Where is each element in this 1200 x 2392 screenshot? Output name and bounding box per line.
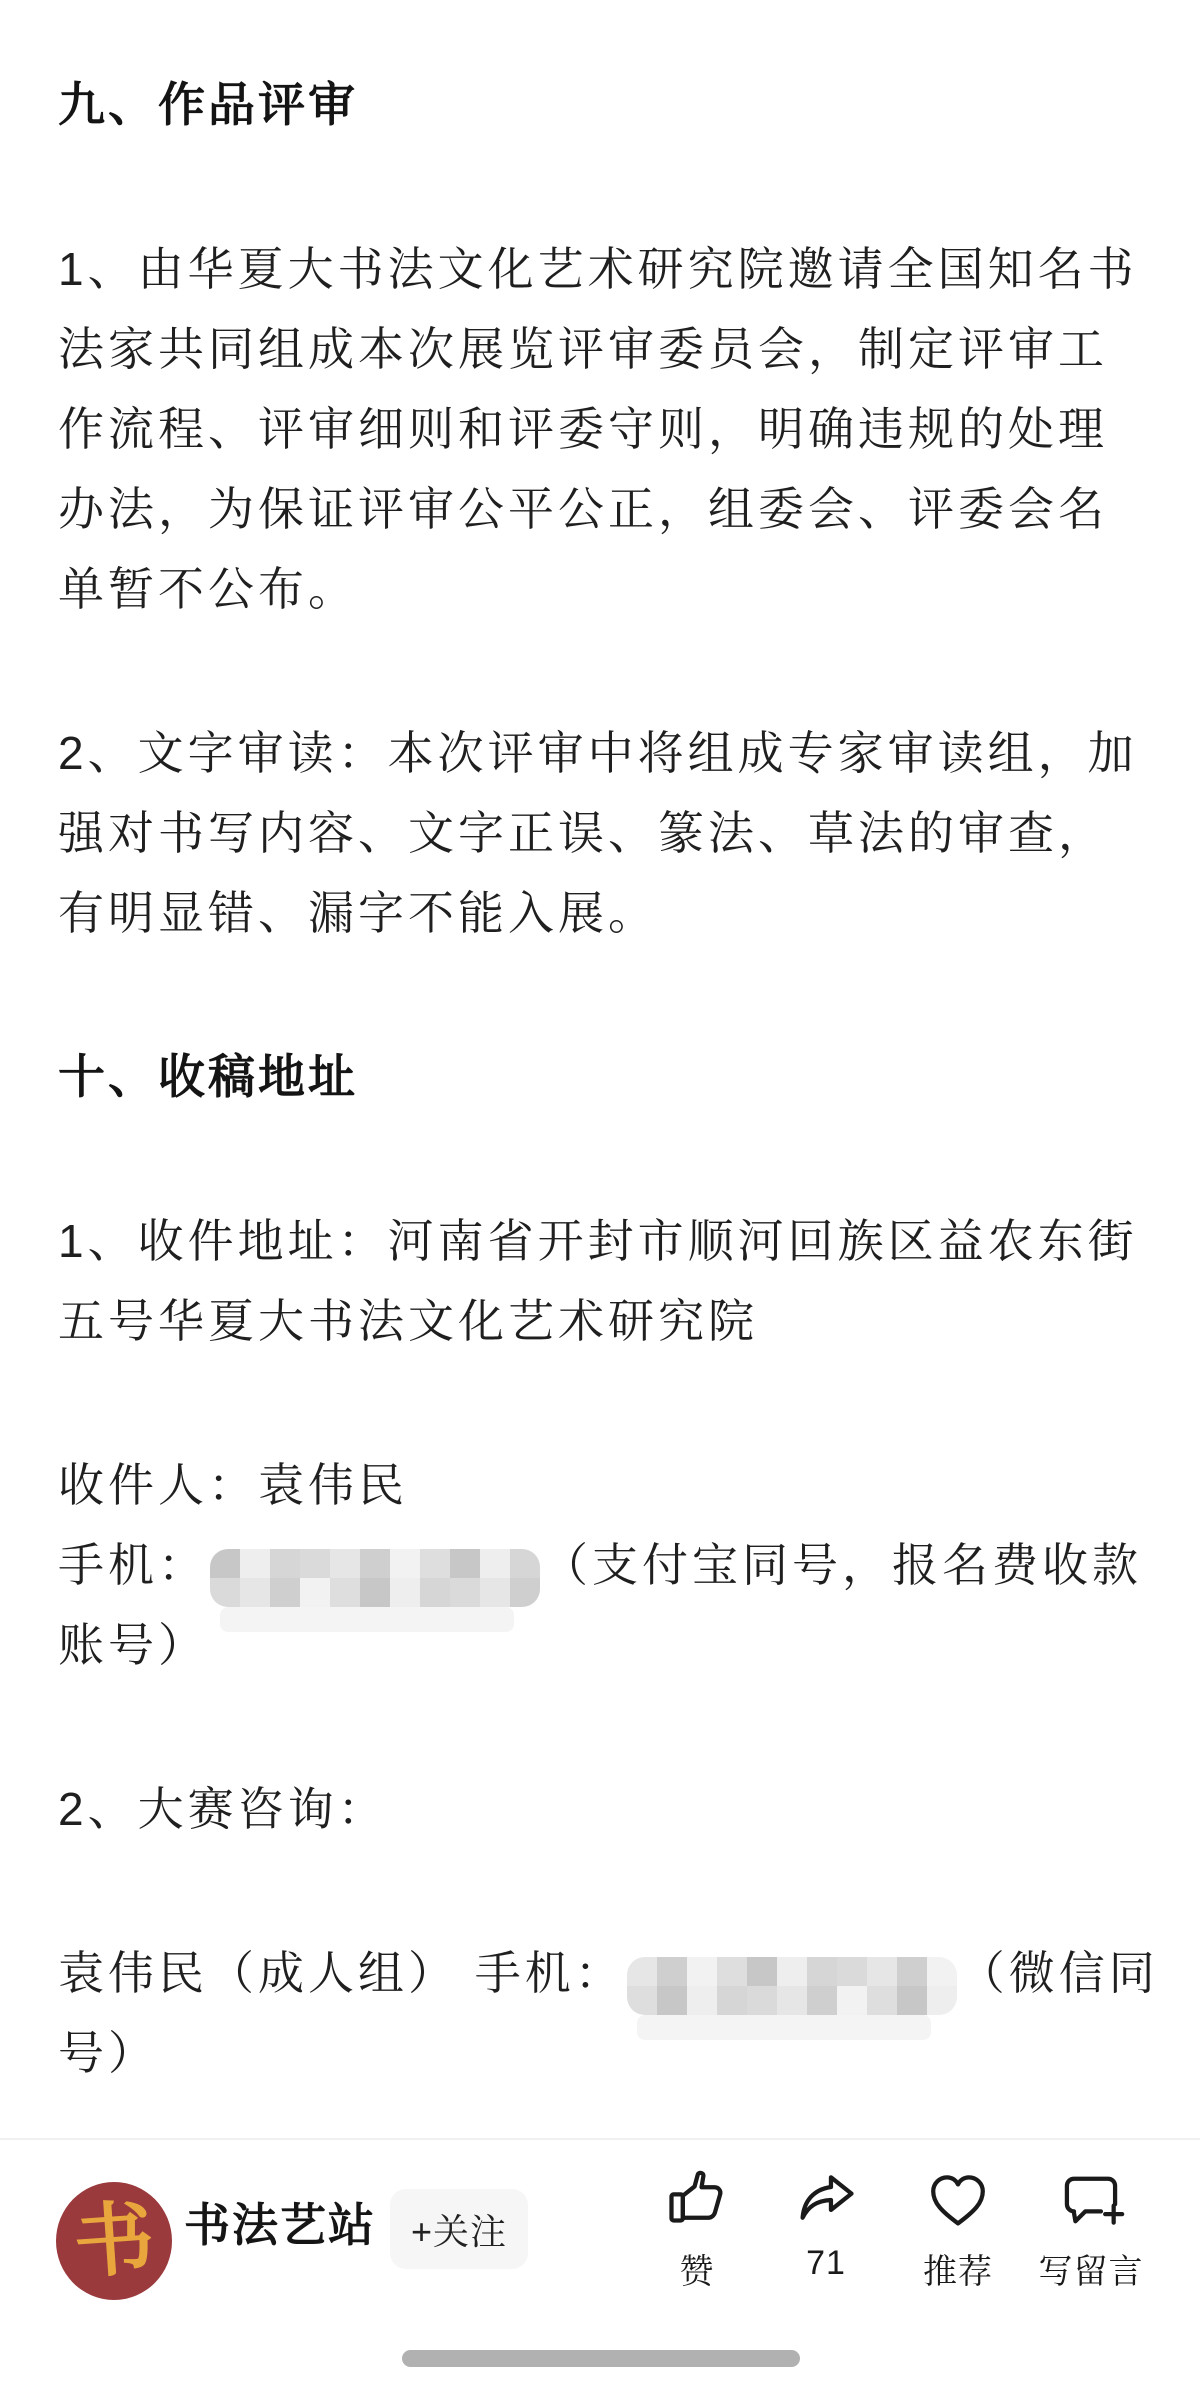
home-indicator: [402, 2350, 800, 2367]
text-line: 强对书写内容、文字正误、篆法、草法的审查，: [58, 793, 1200, 873]
text-line: 收件人：袁伟民: [58, 1445, 1200, 1525]
account-avatar[interactable]: 书: [56, 2182, 172, 2300]
footer-bar: 书 书法艺站 +关注 赞 71 推荐: [0, 2138, 1200, 2392]
text-line: 五号华夏大书法文化艺术研究院: [58, 1281, 1200, 1361]
text-line: 法家共同组成本次展览评审委员会，制定评审工: [58, 309, 1200, 389]
share-button[interactable]: 71: [760, 2166, 892, 2283]
comment-button[interactable]: 写留言: [1025, 2166, 1157, 2293]
text-line: 号）: [58, 2013, 1200, 2093]
paragraph: 收件人：袁伟民手机：（支付宝同号，报名费收款账号）: [58, 1445, 1200, 1685]
text-line: 手机：（支付宝同号，报名费收款: [58, 1525, 1200, 1605]
recommend-label: 推荐: [923, 2244, 993, 2293]
text-line: 办法，为保证评审公平公正，组委会、评委会名: [58, 469, 1200, 549]
thumbs-up-icon: [663, 2166, 731, 2234]
text-line: 作流程、评审细则和评委守则，明确违规的处理: [58, 389, 1200, 469]
paragraph: 1、收件地址：河南省开封市顺河回族区益农东街五号华夏大书法文化艺术研究院: [58, 1201, 1200, 1361]
text-line: 2、大赛咨询：: [58, 1769, 1200, 1849]
redacted-phone-number: [627, 1957, 957, 2015]
text-line: 有明显错、漏字不能入展。: [58, 873, 1200, 953]
like-label: 赞: [680, 2244, 715, 2293]
article-body: 九、作品评审1、由华夏大书法文化艺术研究院邀请全国知名书法家共同组成本次展览评审…: [0, 0, 1200, 2093]
logo-calligraphy-char: 书: [71, 2198, 156, 2283]
like-button[interactable]: 赞: [631, 2166, 763, 2293]
paragraph: 1、由华夏大书法文化艺术研究院邀请全国知名书法家共同组成本次展览评审委员会，制定…: [58, 229, 1200, 629]
section-heading: 十、收稿地址: [58, 1037, 1200, 1117]
text-line: 2、文字审读：本次评审中将组成专家审读组，加: [58, 713, 1200, 793]
text-line: 1、收件地址：河南省开封市顺河回族区益农东街: [58, 1201, 1200, 1281]
account-name[interactable]: 书法艺站: [184, 2202, 376, 2248]
text-line: 袁伟民（成人组） 手机：（微信同: [58, 1933, 1200, 2013]
article-screen: 九、作品评审1、由华夏大书法文化艺术研究院邀请全国知名书法家共同组成本次展览评审…: [0, 0, 1200, 2392]
follow-button[interactable]: +关注: [390, 2189, 528, 2269]
section-heading: 九、作品评审: [58, 65, 1200, 145]
text-line: 单暂不公布。: [58, 549, 1200, 629]
redacted-phone-number: [210, 1549, 540, 1607]
text-line: 1、由华夏大书法文化艺术研究院邀请全国知名书: [58, 229, 1200, 309]
paragraph: 2、大赛咨询：: [58, 1769, 1200, 1849]
write-comment-label: 写留言: [1039, 2244, 1144, 2293]
paragraph: 2、文字审读：本次评审中将组成专家审读组，加强对书写内容、文字正误、篆法、草法的…: [58, 713, 1200, 953]
share-arrow-icon: [792, 2166, 860, 2234]
share-count-label: 71: [806, 2244, 846, 2283]
comment-plus-icon: [1057, 2166, 1125, 2234]
paragraph: 袁伟民（成人组） 手机：（微信同号）: [58, 1933, 1200, 2093]
heart-icon: [924, 2166, 992, 2234]
recommend-button[interactable]: 推荐: [892, 2166, 1024, 2293]
